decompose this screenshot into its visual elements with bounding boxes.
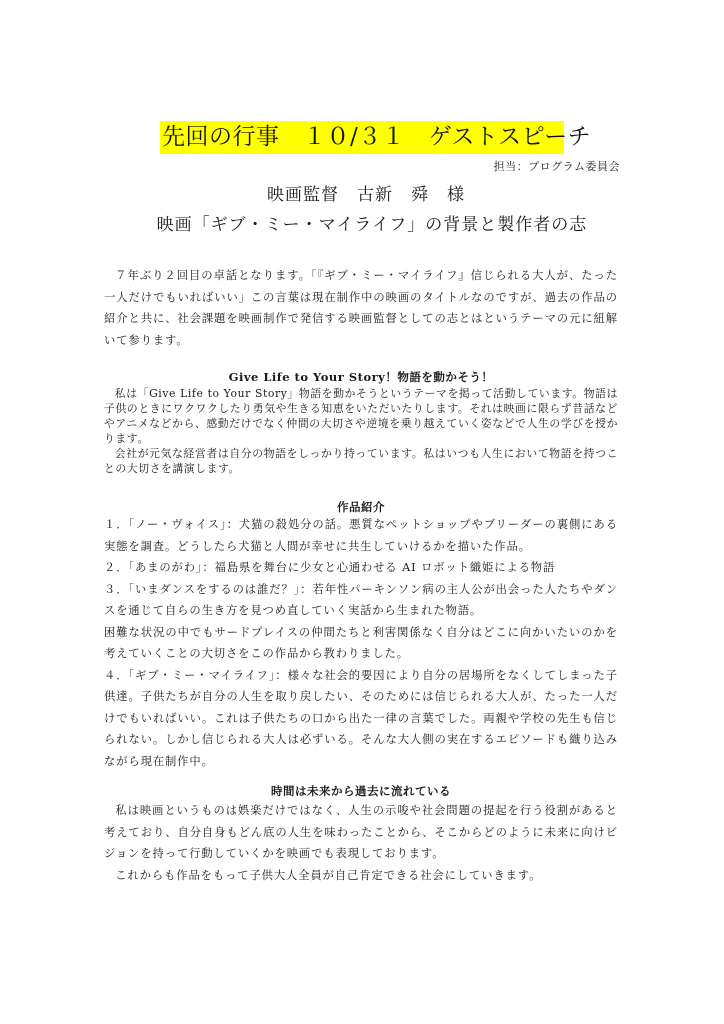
work-item: ３．「いまダンスをするのは誰だ？」：若年性パーキンソン病の主人公が出会った人たち… [104, 579, 618, 622]
speaker-name: 映画監督 古新 舜 様 [0, 180, 724, 205]
work-item: １．「ノー・ヴォイス」：犬猫の殺処分の話。悪質なペットショップやブリーダーの裏側… [104, 514, 618, 557]
story-section: 私は「Give Life to Your Story」物語を動かそうというテーマ… [104, 386, 618, 476]
story-paragraph: 私は「Give Life to Your Story」物語を動かそうというテーマ… [104, 386, 618, 446]
section-heading-works: 作品紹介 [104, 499, 618, 515]
work-item: ２．「あまのがわ」：福島県を舞台に少女と心通わせる AI ロボット織姫による物語 [104, 557, 618, 579]
closing-section: 私は映画というものは娯楽だけではなく、人生の示唆や社会問題の提起を行う役割がある… [104, 800, 618, 886]
intro-section: ７年ぶり２回目の卓話となります。「『ギブ・ミー・マイライフ』信じられる大人が、た… [104, 265, 618, 351]
intro-paragraph: ７年ぶり２回目の卓話となります。「『ギブ・ミー・マイライフ』信じられる大人が、た… [104, 265, 618, 351]
work-item: ４．「ギブ・ミー・マイライフ」：様々な社会的要因により自分の居場所をなくしてしま… [104, 665, 618, 773]
works-section: １．「ノー・ヴォイス」：犬猫の殺処分の話。悪質なペットショップやブリーダーの裏側… [104, 514, 618, 772]
work-note: 困難な状況の中でもサードプレイスの仲間たちと利害関係なく自分はどこに向かいたいの… [104, 622, 618, 665]
story-paragraph: 会社が元気な経営者は自分の物語をしっかり持っています。私はいつも人生において物語… [104, 446, 618, 476]
closing-paragraph: これからも作品をもって子供大人全員が自己肯定できる社会にしていきます。 [104, 865, 618, 887]
section-heading-time: 時間は未来から過去に流れている [104, 783, 618, 799]
page-title: 先回の行事 １０/３１ ゲストスピーチ [160, 121, 564, 154]
speech-subtitle: 映画「ギブ・ミー・マイライフ」の背景と製作者の志 [0, 210, 724, 235]
credit-line: 担当：プログラム委員会 [494, 158, 620, 174]
closing-paragraph: 私は映画というものは娯楽だけではなく、人生の示唆や社会問題の提起を行う役割がある… [104, 800, 618, 865]
document-page: 先回の行事 １０/３１ ゲストスピーチ 担当：プログラム委員会 映画監督 古新 … [0, 0, 724, 1024]
section-heading-story: Give Life to Your Story！物語を動かそう！ [104, 369, 618, 385]
